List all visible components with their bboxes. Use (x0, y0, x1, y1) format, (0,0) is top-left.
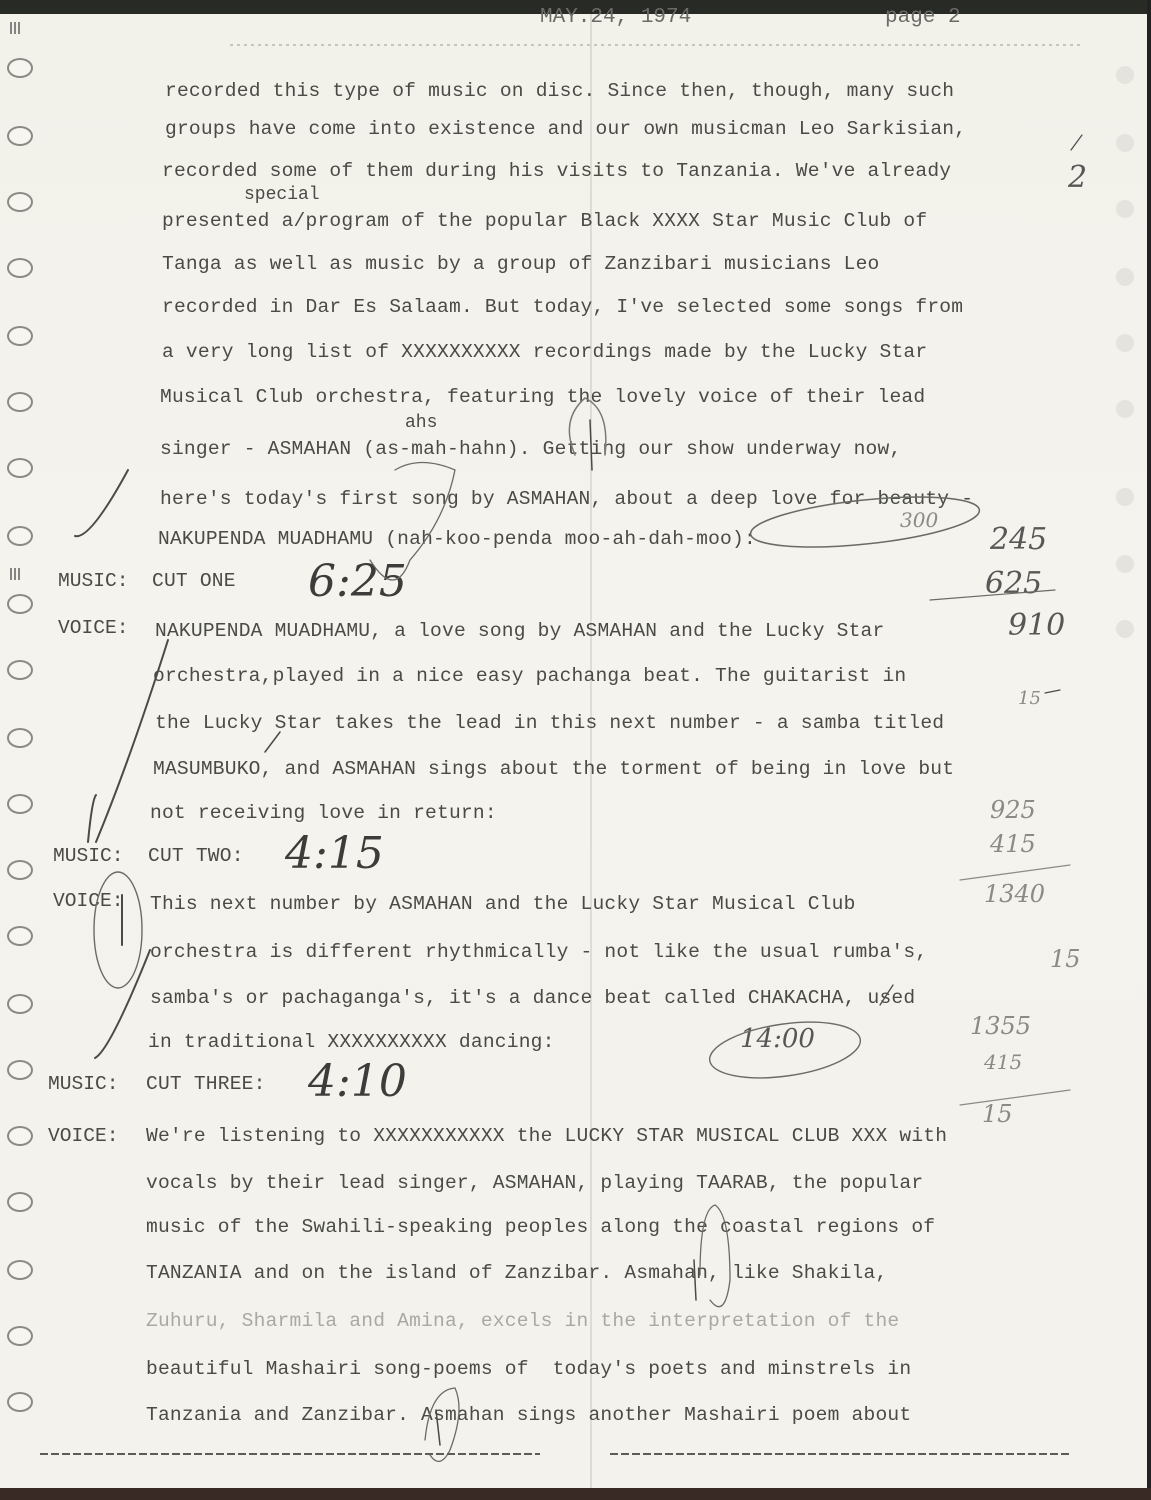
body-line: a very long list of XXXXXXXXXX recording… (162, 341, 927, 363)
body-line: here's today's first song by ASMAHAN, ab… (160, 488, 973, 510)
body-line: orchestra is different rhythmically - no… (150, 941, 927, 963)
body-line: beautiful Mashairi song-poems of today's… (146, 1358, 911, 1380)
running-total: 15 (1050, 945, 1081, 973)
handwritten-duration: 4:10 (308, 1056, 407, 1107)
body-line: vocals by their lead singer, ASMAHAN, pl… (146, 1172, 923, 1194)
running-total: 415 (990, 830, 1036, 858)
running-total: 625 (985, 566, 1042, 601)
registration-mark (10, 568, 22, 580)
margin-page-mark: 2 (1068, 160, 1087, 195)
registration-mark (10, 22, 22, 34)
circled-total: 14:00 (740, 1024, 815, 1054)
segment-label: MUSIC: (58, 570, 129, 592)
segment-label: VOICE: (53, 890, 124, 912)
segment-label: VOICE: (48, 1125, 119, 1147)
cut-title: CUT ONE (152, 570, 236, 592)
body-line: Musical Club orchestra, featuring the lo… (160, 386, 925, 408)
body-line: NAKUPENDA MUADHAMU (nah-koo-penda moo-ah… (158, 528, 756, 550)
body-line: samba's or pachaganga's, it's a dance be… (150, 987, 915, 1009)
body-line: the Lucky Star takes the lead in this ne… (155, 712, 944, 734)
body-line: Tanzania and Zanzibar. Asmahan sings ano… (146, 1404, 911, 1426)
scan-right-edge (1147, 0, 1151, 1500)
perforation-line (40, 1453, 540, 1455)
header-rule (230, 44, 1080, 46)
body-line: Tanga as well as music by a group of Zan… (162, 253, 880, 275)
scan-bottom-edge (0, 1488, 1151, 1500)
body-line: NAKUPENDA MUADHAMU, a love song by ASMAH… (155, 620, 884, 642)
body-line: We're listening to XXXXXXXXXXX the LUCKY… (146, 1125, 947, 1147)
segment-label: VOICE: (58, 617, 129, 639)
body-line: Zuhuru, Sharmila and Amina, excels in th… (146, 1310, 899, 1332)
running-total: 1340 (984, 880, 1045, 908)
body-line: recorded this type of music on disc. Sin… (165, 80, 954, 102)
perforation-line (610, 1453, 1070, 1455)
interlinear-insertion: ahs (405, 413, 437, 433)
body-line: This next number by ASMAHAN and the Luck… (150, 893, 856, 915)
cut-title: CUT THREE: (146, 1073, 266, 1095)
running-total: 245 (990, 522, 1047, 557)
segment-label: MUSIC: (48, 1073, 119, 1095)
running-total: 1355 (970, 1012, 1031, 1040)
running-total: 925 (990, 796, 1036, 824)
running-total: 910 (1008, 608, 1065, 643)
segment-label: MUSIC: (53, 845, 124, 867)
body-line: presented a/program of the popular Black… (162, 210, 927, 232)
body-line: MASUMBUKO, and ASMAHAN sings about the t… (153, 758, 954, 780)
running-total: 15 (1018, 688, 1041, 709)
body-line: recorded in Dar Es Salaam. But today, I'… (162, 296, 963, 318)
body-line: not receiving love in return: (150, 802, 497, 824)
body-line: music of the Swahili-speaking peoples al… (146, 1216, 935, 1238)
document-date: MAY.24, 1974 (540, 6, 691, 29)
body-line: orchestra,played in a nice easy pachanga… (153, 665, 906, 687)
body-line: groups have come into existence and our … (165, 118, 966, 140)
body-line: singer - ASMAHAN (as-mah-hahn). Getting … (160, 438, 901, 460)
interlinear-insertion: special (244, 185, 320, 205)
page-number: page 2 (885, 6, 961, 29)
body-line: recorded some of them during his visits … (162, 160, 951, 182)
running-total: 415 (984, 1050, 1022, 1074)
body-line: in traditional XXXXXXXXXX dancing: (148, 1031, 555, 1053)
cut-title: CUT TWO: (148, 845, 244, 867)
circled-note: 300 (900, 508, 938, 532)
running-total: 15 (982, 1100, 1013, 1128)
handwritten-duration: 4:15 (285, 828, 384, 879)
handwritten-duration: 6:25 (308, 556, 407, 607)
body-line: TANZANIA and on the island of Zanzibar. … (146, 1262, 887, 1284)
